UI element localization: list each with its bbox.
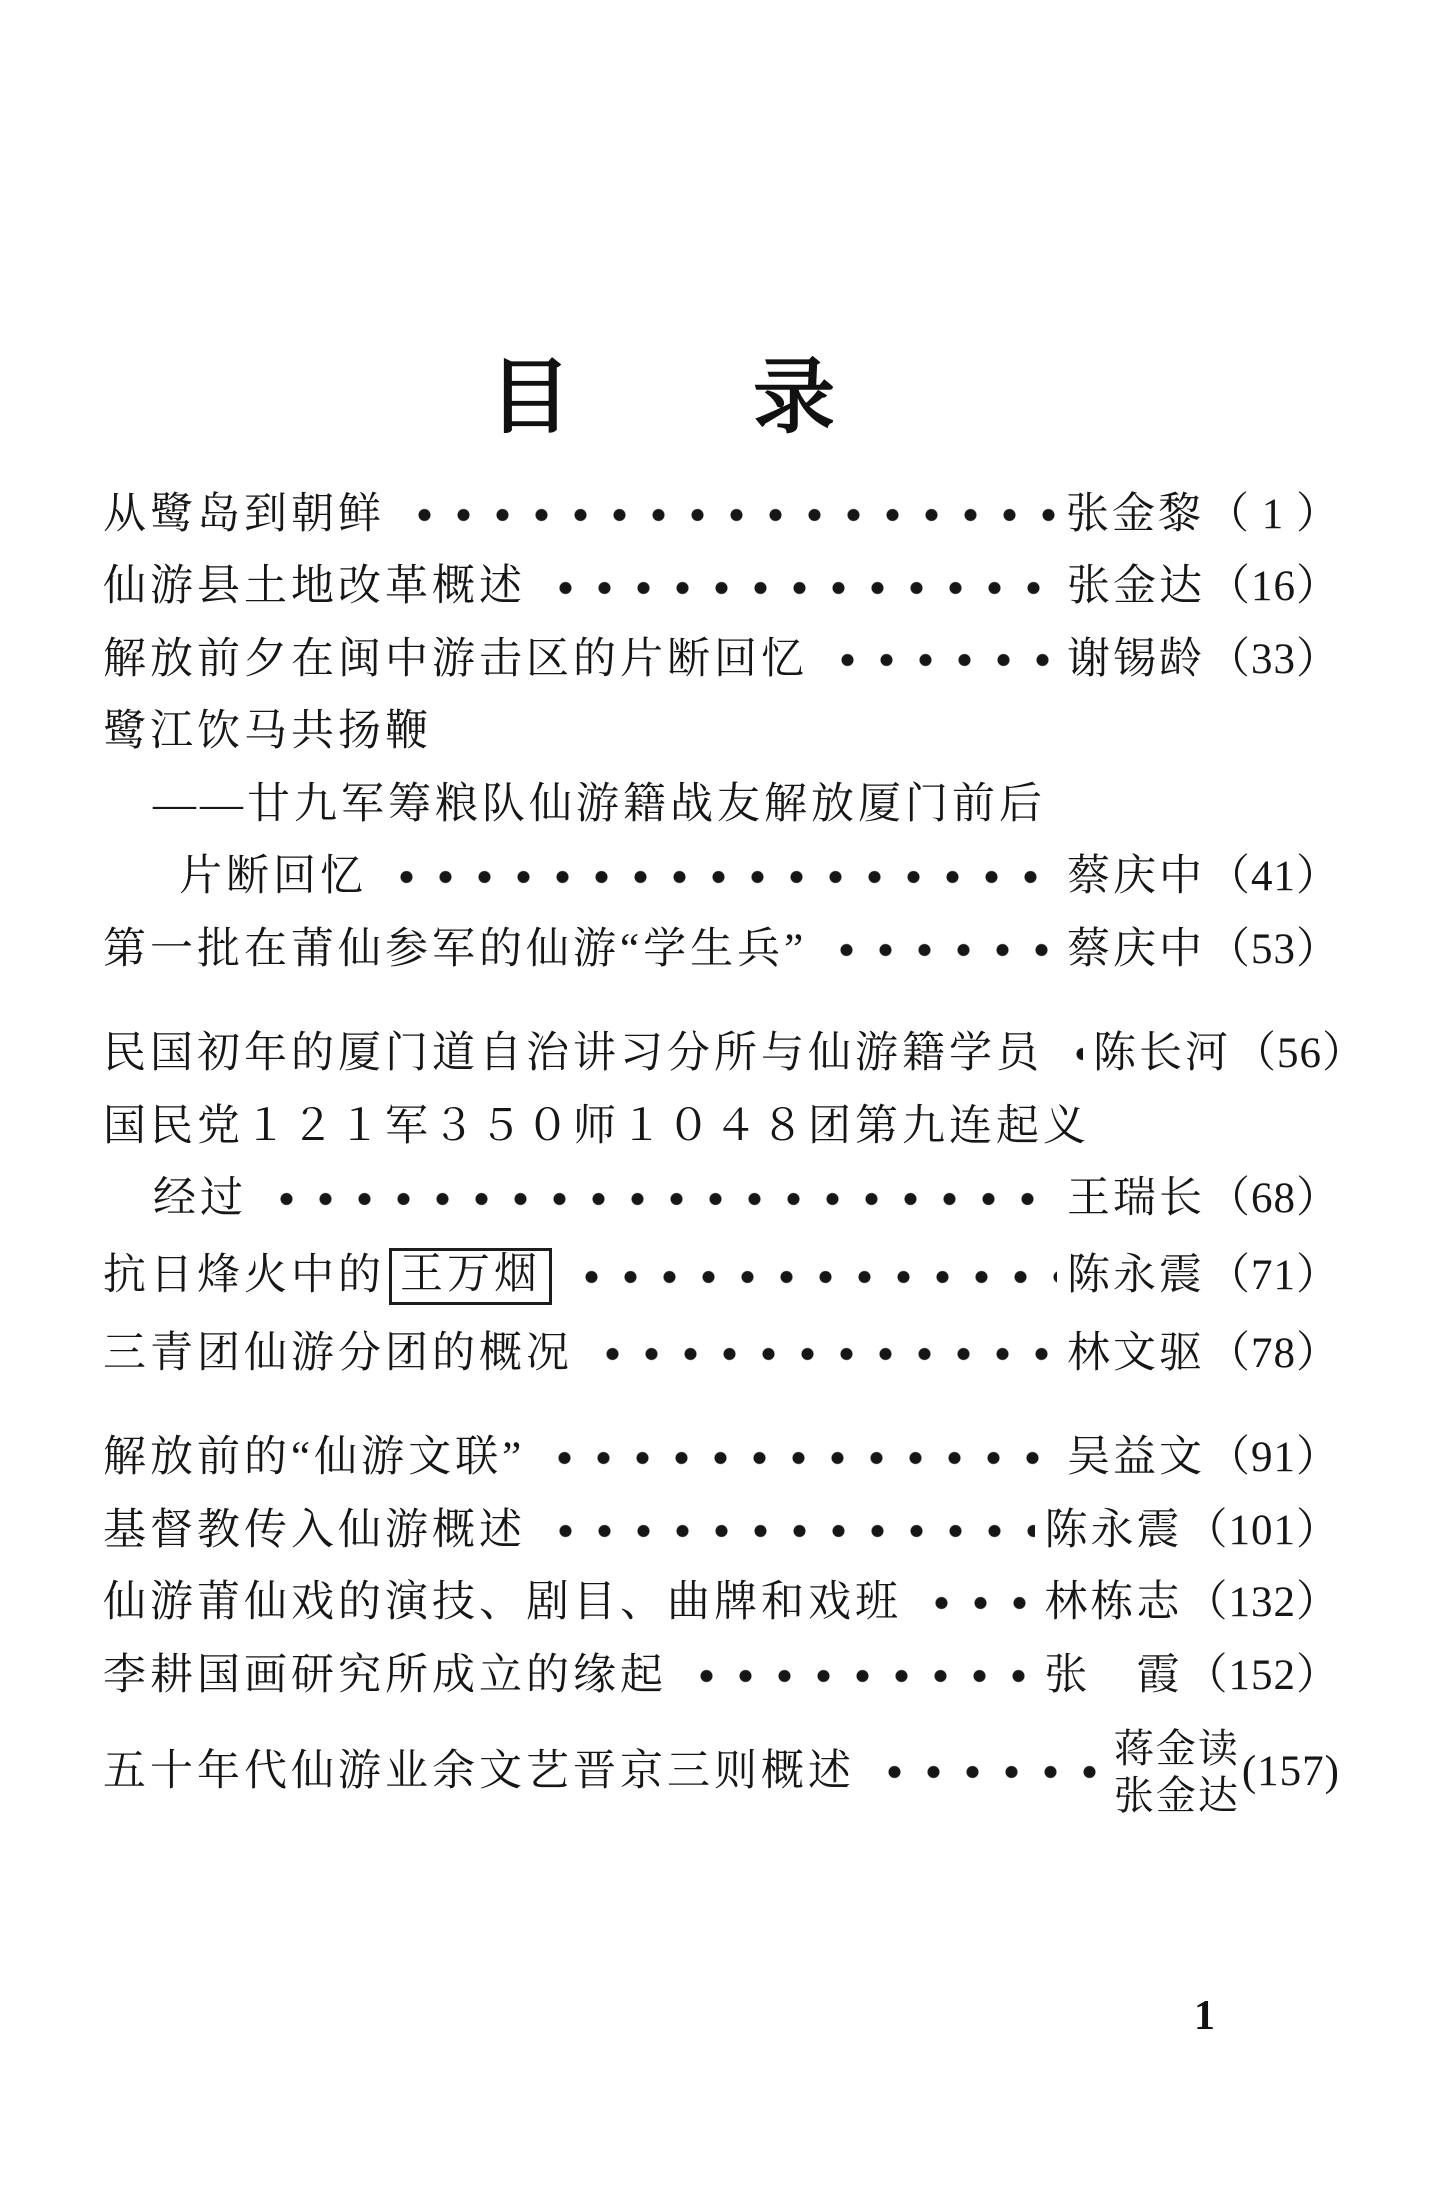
entry-author: 张 霞: [1045, 1653, 1183, 1699]
toc-entry: 抗日烽火中的 王万烟 陈永震 （71）: [103, 1248, 1340, 1304]
dot-leader: [542, 580, 1057, 596]
entry-author: 蔡庆中: [1067, 854, 1205, 900]
entry-page-number: （68）: [1207, 1176, 1340, 1222]
entry-page-number: （132）: [1185, 1580, 1341, 1626]
dot-leader: [824, 652, 1057, 668]
dot-leader: [871, 1764, 1104, 1780]
entry-author: 林栋志: [1045, 1580, 1183, 1626]
entry-page-number: (157): [1242, 1749, 1340, 1795]
toc-entry: 解放前夕在闽中游击区的片断回忆 谢锡龄 （33）: [103, 637, 1340, 683]
entry-page-number: （152）: [1185, 1653, 1341, 1699]
entry-title: 第一批在莆仙参军的仙游“学生兵”: [103, 927, 807, 973]
entry-title: 仙游莆仙戏的演技、剧目、曲牌和戏班: [103, 1580, 902, 1626]
table-of-contents: 从鹭岛到朝鲜 张金黎 （ 1 ） 仙游县土地改革概述 张金达 （16） 解放前夕…: [103, 492, 1340, 1845]
toc-entry: 经过 王瑞长 （68）: [103, 1176, 1340, 1222]
scanned-page: 目 录 从鹭岛到朝鲜 张金黎 （ 1 ） 仙游县土地改革概述 张金达 （16） …: [0, 0, 1440, 2200]
author-stack: 蒋金读 张金达: [1114, 1725, 1240, 1819]
toc-entry: 五十年代仙游业余文艺晋京三则概述 蒋金读 张金达 (157): [103, 1725, 1340, 1819]
page-number: 1: [1194, 1992, 1215, 2040]
toc-entry: 从鹭岛到朝鲜 张金黎 （ 1 ）: [103, 492, 1340, 538]
toc-entry: 三青团仙游分团的概况 林文驱 （78）: [103, 1331, 1340, 1377]
dot-leader: [401, 507, 1056, 523]
entry-title: 民国初年的厦门道自治讲习分所与仙游籍学员: [103, 1031, 1043, 1077]
entry-page-number: （78）: [1207, 1331, 1340, 1377]
entry-title: 经过: [153, 1176, 247, 1222]
dot-leader: [541, 1450, 1057, 1466]
entry-author: 谢锡龄: [1067, 637, 1205, 683]
entry-page-number: （71）: [1207, 1253, 1340, 1299]
toc-entry: 第一批在莆仙参军的仙游“学生兵” 蔡庆中 （53）: [103, 927, 1340, 973]
entry-page-number: （16）: [1207, 564, 1340, 610]
entry-page-number: （33）: [1207, 637, 1340, 683]
entry-author: 陈长河: [1093, 1031, 1231, 1077]
entry-author: 王瑞长: [1067, 1176, 1205, 1222]
toc-entry: 解放前的“仙游文联” 吴益文 （91）: [103, 1435, 1340, 1481]
entry-title: 抗日烽火中的: [103, 1253, 385, 1299]
entry-author: 陈永震: [1045, 1508, 1183, 1554]
entry-title: 解放前夕在闽中游击区的片断回忆: [103, 637, 808, 683]
toc-entry: 仙游县土地改革概述 张金达 （16）: [103, 564, 1340, 610]
toc-entry: 仙游莆仙戏的演技、剧目、曲牌和戏班 林栋志 （132）: [103, 1580, 1340, 1626]
toc-entry: 民国初年的厦门道自治讲习分所与仙游籍学员 陈长河 （56）: [103, 1031, 1340, 1077]
entry-author: 陈永震: [1067, 1253, 1205, 1299]
entry-title: 片断回忆: [179, 854, 367, 900]
entry-page-number: （91）: [1207, 1435, 1340, 1481]
dot-leader: [683, 1668, 1035, 1684]
entry-page-number: （56）: [1233, 1031, 1366, 1077]
entry-author: 吴益文: [1067, 1435, 1205, 1481]
dot-leader: [383, 869, 1057, 885]
boxed-name: 王万烟: [389, 1248, 552, 1304]
entry-title: 李耕国画研究所成立的缘起: [103, 1653, 667, 1699]
entry-title: 五十年代仙游业余文艺晋京三则概述: [103, 1749, 855, 1795]
dot-leader: [263, 1191, 1057, 1207]
dot-leader: [542, 1523, 1035, 1539]
entry-page-number: （ 1 ）: [1206, 492, 1340, 538]
entry-title: 国民党１２１军３５０师１０４８团第九连起义: [103, 1104, 1090, 1150]
entry-author: 张金黎: [1066, 492, 1204, 538]
entry-title: 鹭江饮马共扬鞭: [103, 709, 432, 755]
page-title: 目 录: [0, 332, 1330, 449]
dot-leader: [1059, 1046, 1083, 1062]
entry-page-number: （53）: [1207, 927, 1340, 973]
toc-entry: 基督教传入仙游概述 陈永震 （101）: [103, 1508, 1340, 1554]
entry-author: 林文驱: [1067, 1331, 1205, 1377]
toc-entry: 鹭江饮马共扬鞭: [103, 709, 1340, 755]
entry-title: 解放前的“仙游文联”: [103, 1435, 525, 1481]
entry-title: 三青团仙游分团的概况: [103, 1331, 573, 1377]
entry-page-number: （101）: [1185, 1508, 1341, 1554]
entry-page-number: （41）: [1207, 854, 1340, 900]
dot-leader: [568, 1269, 1057, 1285]
entry-author: 张金达: [1067, 564, 1205, 610]
entry-title: 基督教传入仙游概述: [103, 1508, 526, 1554]
entry-author: 蒋金读: [1114, 1725, 1240, 1772]
entry-author: 张金达: [1114, 1772, 1240, 1819]
entry-title: 仙游县土地改革概述: [103, 564, 526, 610]
toc-entry-subtitle: ——廿九军筹粮队仙游籍战友解放厦门前后: [103, 782, 1340, 828]
entry-title: ——廿九军筹粮队仙游籍战友解放厦门前后: [153, 782, 1046, 828]
dot-leader: [589, 1346, 1057, 1362]
toc-entry: 片断回忆 蔡庆中 （41）: [103, 854, 1340, 900]
toc-entry: 李耕国画研究所成立的缘起 张 霞 （152）: [103, 1653, 1340, 1699]
dot-leader: [918, 1595, 1035, 1611]
dot-leader: [823, 942, 1057, 958]
toc-entry: 国民党１２１军３５０师１０４８团第九连起义: [103, 1104, 1340, 1150]
entry-author: 蔡庆中: [1067, 927, 1205, 973]
entry-title: 从鹭岛到朝鲜: [103, 492, 385, 538]
